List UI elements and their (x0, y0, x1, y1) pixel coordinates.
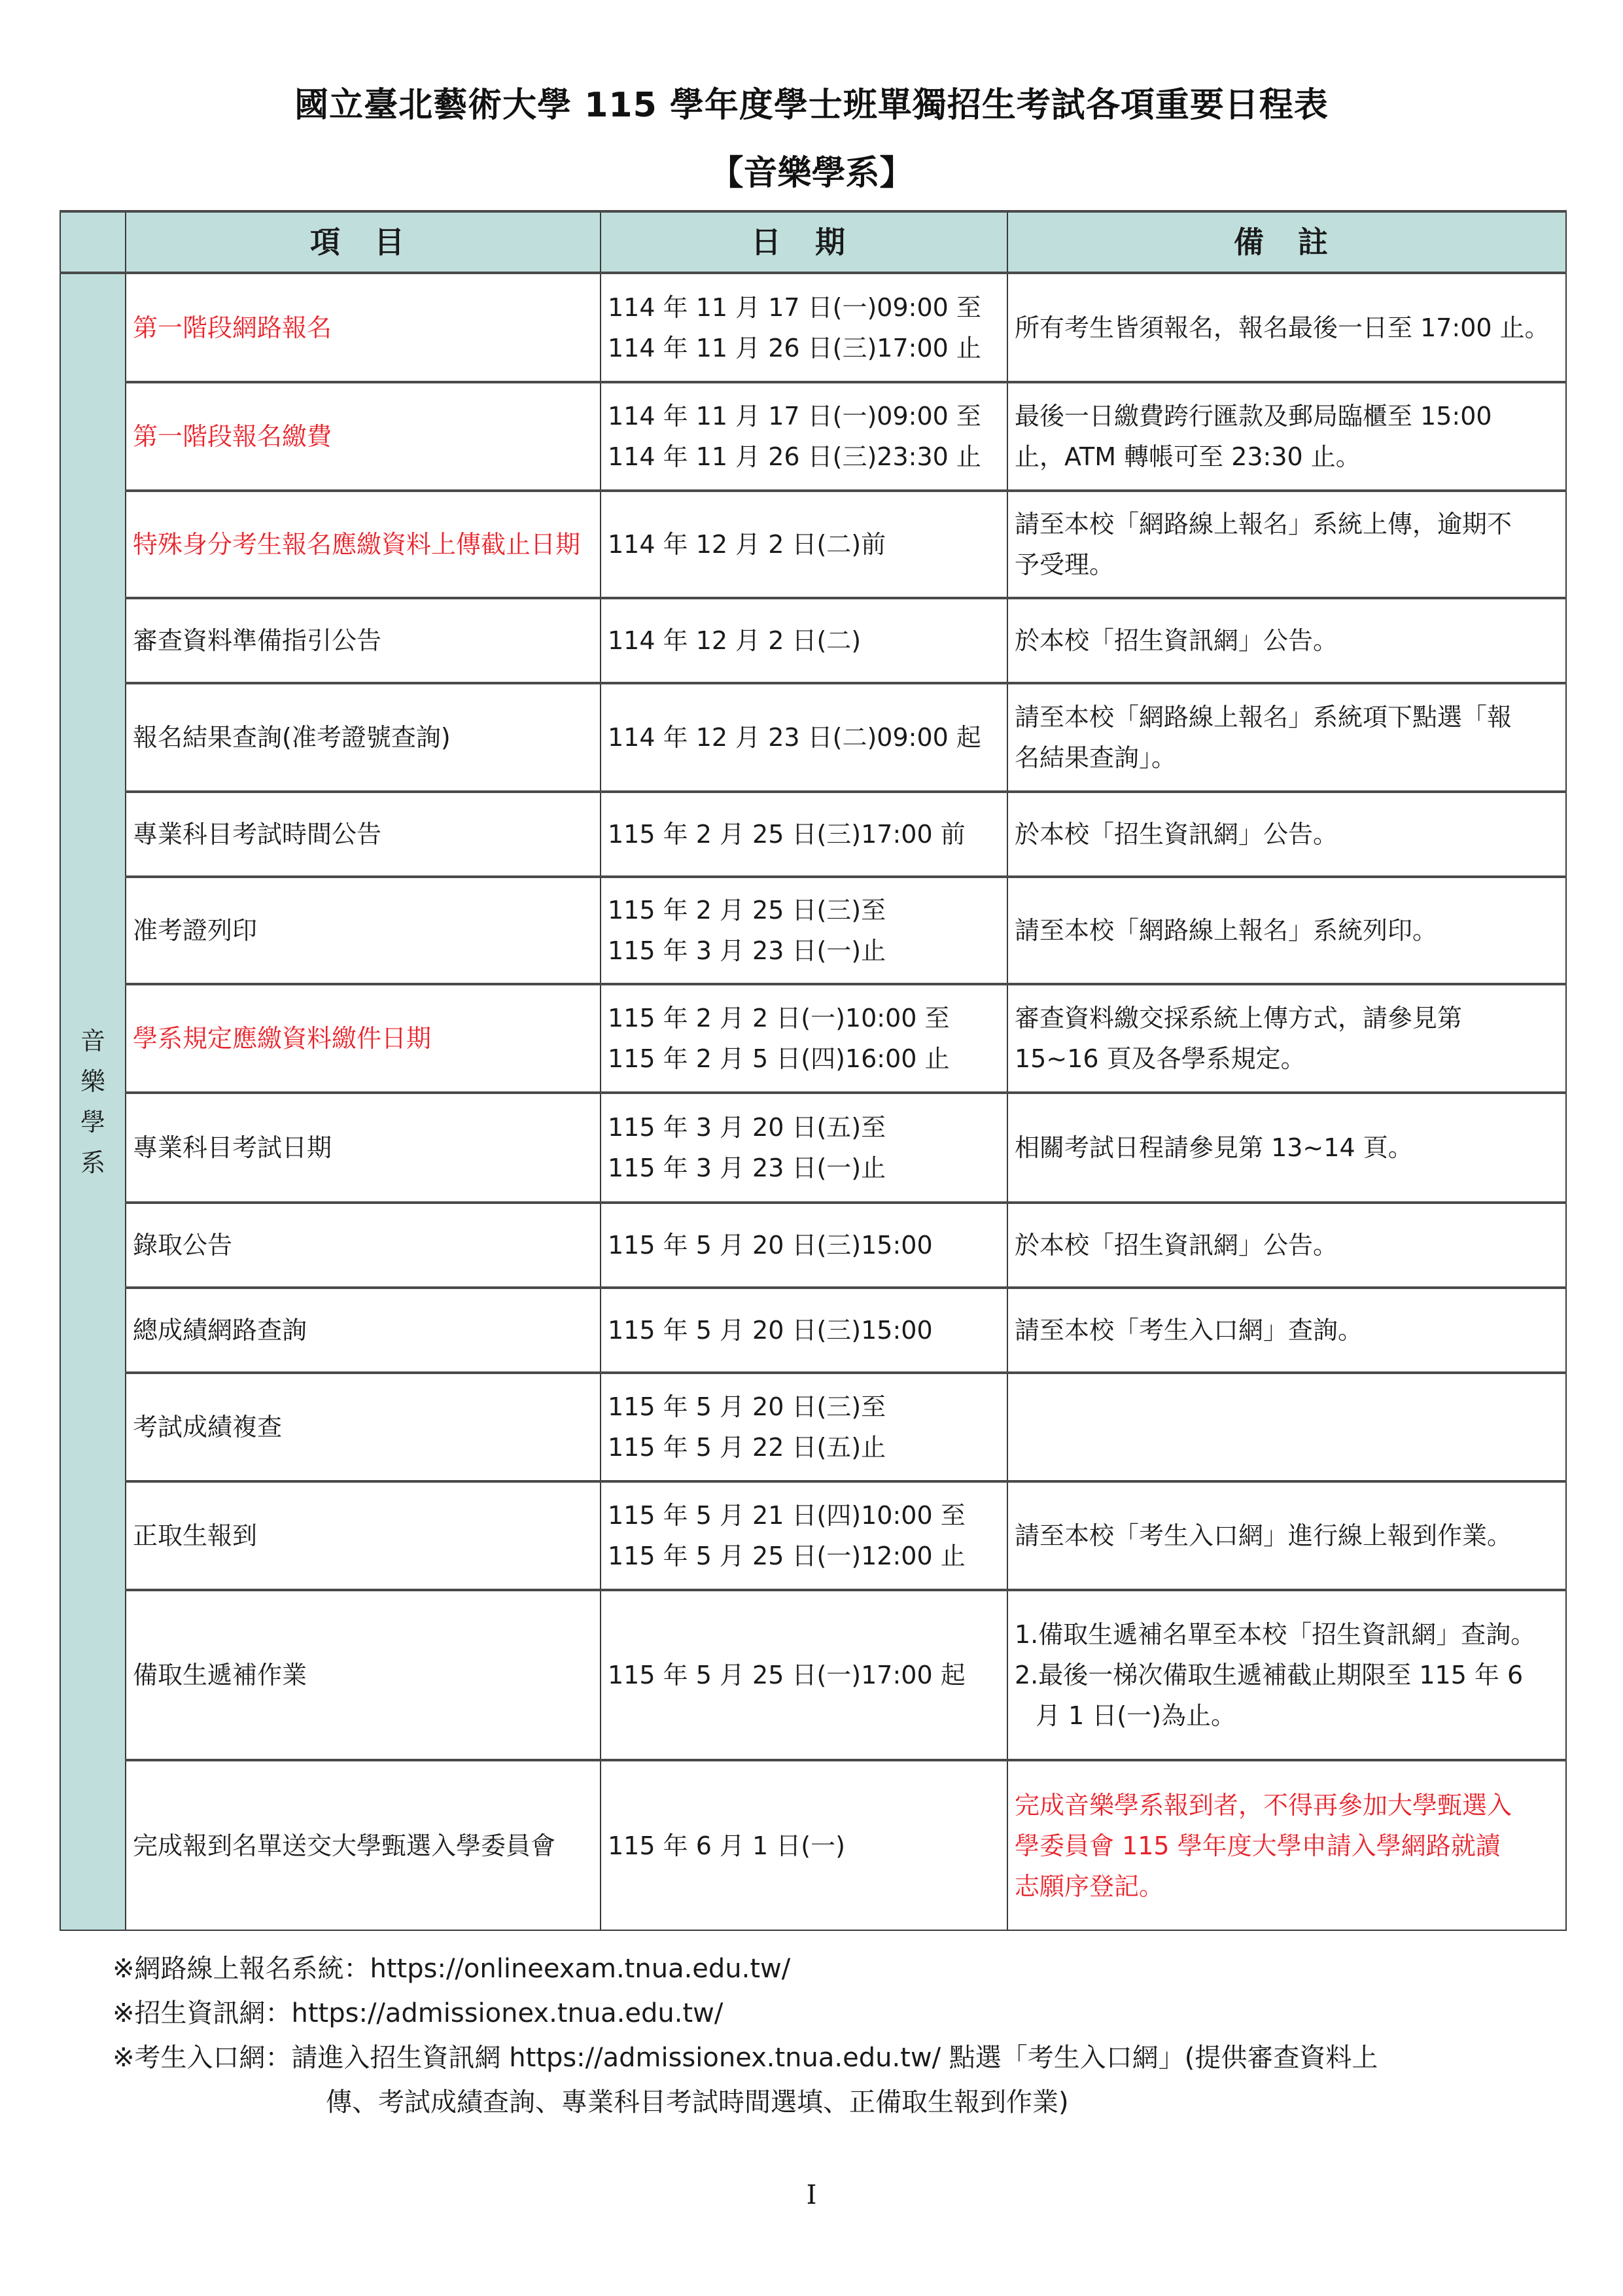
admission-site-link[interactable]: https://admissionex.tnua.edu.tw/ (292, 1998, 724, 2028)
table-row: 特殊身分考生報名應繳資料上傳截止日期114 年 12 月 2 日(二)前請至本校… (60, 491, 1566, 598)
note-cell: 請至本校「網路線上報名」系統列印。 (1007, 877, 1566, 984)
department-label-char: 學 (67, 1102, 118, 1142)
note-cell: 1.備取生遞補名單至本校「招生資訊網」查詢。2.最後一梯次備取生遞補截止期限至 … (1007, 1590, 1566, 1760)
date-cell: 115 年 5 月 25 日(一)17:00 起 (601, 1590, 1007, 1760)
date-line: 115 年 5 月 22 日(五)止 (608, 1427, 1000, 1468)
item-cell: 特殊身分考生報名應繳資料上傳截止日期 (126, 491, 601, 598)
date-line: 114 年 11 月 26 日(三)23:30 止 (608, 436, 1000, 477)
date-line: 115 年 3 月 23 日(一)止 (608, 1148, 1000, 1188)
note-cell: 請至本校「網路線上報名」系統項下點選「報名結果查詢」。 (1007, 683, 1566, 792)
table-row: 審查資料準備指引公告114 年 12 月 2 日(二)於本校「招生資訊網」公告。 (60, 598, 1566, 683)
date-line: 115 年 5 月 25 日(一)12:00 止 (608, 1536, 1000, 1576)
note-cell: 請至本校「考生入口網」查詢。 (1007, 1288, 1566, 1373)
note-line: 予受理。 (1015, 544, 1559, 585)
date-line: 115 年 2 月 25 日(三)至 (608, 890, 1000, 930)
item-cell: 審查資料準備指引公告 (126, 598, 601, 683)
note-line: 1.備取生遞補名單至本校「招生資訊網」查詢。 (1015, 1614, 1559, 1655)
table-row: 正取生報到115 年 5 月 21 日(四)10:00 至115 年 5 月 2… (60, 1481, 1566, 1590)
date-cell: 115 年 2 月 25 日(三)17:00 前 (601, 792, 1007, 877)
date-cell: 115 年 6 月 1 日(一) (601, 1760, 1007, 1930)
date-line: 115 年 5 月 20 日(三)至 (608, 1386, 1000, 1427)
column-header-date: 日 期 (601, 211, 1007, 273)
date-line: 115 年 5 月 25 日(一)17:00 起 (608, 1655, 1000, 1695)
date-cell: 114 年 12 月 23 日(二)09:00 起 (601, 683, 1007, 792)
online-exam-link[interactable]: https://onlineexam.tnua.edu.tw/ (370, 1954, 791, 1984)
date-cell: 114 年 11 月 17 日(一)09:00 至114 年 11 月 26 日… (601, 382, 1007, 491)
note-cell: 所有考生皆須報名，報名最後一日至 17:00 止。 (1007, 273, 1566, 382)
date-line: 115 年 5 月 20 日(三)15:00 (608, 1225, 1000, 1265)
note-cell: 於本校「招生資訊網」公告。 (1007, 792, 1566, 877)
table-row: 專業科目考試日期115 年 3 月 20 日(五)至115 年 3 月 23 日… (60, 1093, 1566, 1203)
table-row: 完成報到名單送交大學甄選入學委員會115 年 6 月 1 日(一)完成音樂學系報… (60, 1760, 1566, 1930)
note-line: 學委員會 115 學年度大學申請入學網路就讀 (1015, 1826, 1559, 1866)
table-header-row: 項 目 日 期 備 註 (60, 211, 1566, 273)
item-cell: 總成績網路查詢 (126, 1288, 601, 1373)
note-cell: 請至本校「考生入口網」進行線上報到作業。 (1007, 1481, 1566, 1590)
note-line: 月 1 日(一)為止。 (1015, 1695, 1559, 1736)
item-cell: 第一階段報名繳費 (126, 382, 601, 491)
date-cell: 115 年 2 月 2 日(一)10:00 至115 年 2 月 5 日(四)1… (601, 984, 1007, 1093)
footer-note-portal-continuation: 傳、考試成績查詢、專業科目考試時間選填、正備取生報到作業) (113, 2080, 1378, 2125)
footer-note-label: ※網路線上報名系統： (113, 1954, 370, 1984)
note-cell: 完成音樂學系報到者，不得再參加大學甄選入學委員會 115 學年度大學申請入學網路… (1007, 1760, 1566, 1930)
note-line: 所有考生皆須報名，報名最後一日至 17:00 止。 (1015, 308, 1559, 348)
date-line: 115 年 2 月 2 日(一)10:00 至 (608, 998, 1000, 1038)
date-cell: 115 年 5 月 20 日(三)15:00 (601, 1203, 1007, 1288)
footer-note-admission-site: ※招生資訊網：https://admissionex.tnua.edu.tw/ (113, 1991, 1378, 2036)
date-line: 115 年 3 月 23 日(一)止 (608, 930, 1000, 971)
item-cell: 專業科目考試日期 (126, 1093, 601, 1203)
note-cell: 請至本校「網路線上報名」系統上傳，逾期不予受理。 (1007, 491, 1566, 598)
note-line: 於本校「招生資訊網」公告。 (1015, 814, 1559, 855)
date-cell: 115 年 5 月 21 日(四)10:00 至115 年 5 月 25 日(一… (601, 1481, 1007, 1590)
footer-note-portal: ※考生入口網：請進入招生資訊網 https://admissionex.tnua… (113, 2036, 1378, 2080)
note-line: 2.最後一梯次備取生遞補截止期限至 115 年 6 (1015, 1655, 1559, 1695)
note-cell: 於本校「招生資訊網」公告。 (1007, 1203, 1566, 1288)
note-line: 最後一日繳費跨行匯款及郵局臨櫃至 15:00 (1015, 396, 1559, 436)
column-header-note: 備 註 (1007, 211, 1566, 273)
date-line: 114 年 12 月 2 日(二) (608, 620, 1000, 661)
date-cell: 114 年 12 月 2 日(二)前 (601, 491, 1007, 598)
table-row: 錄取公告115 年 5 月 20 日(三)15:00於本校「招生資訊網」公告。 (60, 1203, 1566, 1288)
note-line: 請至本校「網路線上報名」系統上傳，逾期不 (1015, 504, 1559, 544)
note-line: 志願序登記。 (1015, 1866, 1559, 1907)
item-cell: 完成報到名單送交大學甄選入學委員會 (126, 1760, 601, 1930)
date-cell: 115 年 2 月 25 日(三)至115 年 3 月 23 日(一)止 (601, 877, 1007, 984)
date-line: 115 年 2 月 25 日(三)17:00 前 (608, 814, 1000, 855)
note-line: 審查資料繳交採系統上傳方式，請參見第 (1015, 998, 1559, 1038)
note-cell (1007, 1373, 1566, 1481)
schedule-table: 項 目 日 期 備 註 音樂學系第一階段網路報名114 年 11 月 17 日(… (60, 210, 1567, 1931)
table-row: 總成績網路查詢115 年 5 月 20 日(三)15:00請至本校「考生入口網」… (60, 1288, 1566, 1373)
note-line: 止，ATM 轉帳可至 23:30 止。 (1015, 436, 1559, 477)
note-line: 名結果查詢」。 (1015, 737, 1559, 778)
date-line: 114 年 12 月 2 日(二)前 (608, 524, 1000, 565)
department-label-char: 系 (67, 1142, 118, 1183)
table-row: 報名結果查詢(准考證號查詢)114 年 12 月 23 日(二)09:00 起請… (60, 683, 1566, 792)
portal-instructions: 請進入招生資訊網 https://admissionex.tnua.edu.tw… (292, 2043, 1378, 2073)
table-row: 音樂學系第一階段網路報名114 年 11 月 17 日(一)09:00 至114… (60, 273, 1566, 382)
note-line: 請至本校「網路線上報名」系統列印。 (1015, 910, 1559, 951)
note-line: 請至本校「考生入口網」查詢。 (1015, 1310, 1559, 1351)
table-row: 考試成績複查115 年 5 月 20 日(三)至115 年 5 月 22 日(五… (60, 1373, 1566, 1481)
date-line: 114 年 12 月 23 日(二)09:00 起 (608, 717, 1000, 758)
department-label-cell: 音樂學系 (60, 273, 126, 1930)
date-cell: 115 年 3 月 20 日(五)至115 年 3 月 23 日(一)止 (601, 1093, 1007, 1203)
department-label-char: 樂 (67, 1061, 118, 1102)
date-cell: 115 年 5 月 20 日(三)15:00 (601, 1288, 1007, 1373)
footer-note-label: ※招生資訊網： (113, 1998, 292, 2028)
page-number: I (0, 2180, 1623, 2210)
schedule-body: 音樂學系第一階段網路報名114 年 11 月 17 日(一)09:00 至114… (60, 273, 1566, 1930)
column-header-item: 項 目 (126, 211, 601, 273)
date-line: 115 年 2 月 5 日(四)16:00 止 (608, 1038, 1000, 1079)
footer-notes: ※網路線上報名系統：https://onlineexam.tnua.edu.tw… (113, 1947, 1378, 2125)
item-cell: 學系規定應繳資料繳件日期 (126, 984, 601, 1093)
date-cell: 114 年 11 月 17 日(一)09:00 至114 年 11 月 26 日… (601, 273, 1007, 382)
note-cell: 審查資料繳交採系統上傳方式，請參見第15~16 頁及各學系規定。 (1007, 984, 1566, 1093)
note-line: 請至本校「考生入口網」進行線上報到作業。 (1015, 1515, 1559, 1556)
item-cell: 准考證列印 (126, 877, 601, 984)
page-title: 國立臺北藝術大學 115 學年度學士班單獨招生考試各項重要日程表 (0, 77, 1623, 126)
date-line: 115 年 3 月 20 日(五)至 (608, 1107, 1000, 1148)
table-row: 准考證列印115 年 2 月 25 日(三)至115 年 3 月 23 日(一)… (60, 877, 1566, 984)
note-cell: 最後一日繳費跨行匯款及郵局臨櫃至 15:00止，ATM 轉帳可至 23:30 止… (1007, 382, 1566, 491)
note-cell: 相關考試日程請參見第 13~14 頁。 (1007, 1093, 1566, 1203)
date-line: 115 年 5 月 20 日(三)15:00 (608, 1310, 1000, 1351)
department-subtitle: 【音樂學系】 (0, 145, 1623, 194)
item-cell: 報名結果查詢(准考證號查詢) (126, 683, 601, 792)
date-cell: 114 年 12 月 2 日(二) (601, 598, 1007, 683)
date-line: 115 年 5 月 21 日(四)10:00 至 (608, 1495, 1000, 1536)
note-line: 15~16 頁及各學系規定。 (1015, 1038, 1559, 1079)
note-line: 相關考試日程請參見第 13~14 頁。 (1015, 1127, 1559, 1168)
item-cell: 考試成績複查 (126, 1373, 601, 1481)
note-line: 請至本校「網路線上報名」系統項下點選「報 (1015, 697, 1559, 737)
item-cell: 正取生報到 (126, 1481, 601, 1590)
note-line: 完成音樂學系報到者，不得再參加大學甄選入 (1015, 1785, 1559, 1826)
date-line: 115 年 6 月 1 日(一) (608, 1826, 1000, 1866)
table-row: 學系規定應繳資料繳件日期115 年 2 月 2 日(一)10:00 至115 年… (60, 984, 1566, 1093)
date-line: 114 年 11 月 26 日(三)17:00 止 (608, 328, 1000, 368)
date-line: 114 年 11 月 17 日(一)09:00 至 (608, 396, 1000, 436)
item-cell: 錄取公告 (126, 1203, 601, 1288)
note-cell: 於本校「招生資訊網」公告。 (1007, 598, 1566, 683)
note-line: 於本校「招生資訊網」公告。 (1015, 1225, 1559, 1265)
department-label-char: 音 (67, 1021, 118, 1061)
table-row: 第一階段報名繳費114 年 11 月 17 日(一)09:00 至114 年 1… (60, 382, 1566, 491)
table-row: 專業科目考試時間公告115 年 2 月 25 日(三)17:00 前於本校「招生… (60, 792, 1566, 877)
table-row: 備取生遞補作業115 年 5 月 25 日(一)17:00 起1.備取生遞補名單… (60, 1590, 1566, 1760)
footer-note-online-exam: ※網路線上報名系統：https://onlineexam.tnua.edu.tw… (113, 1947, 1378, 1991)
item-cell: 第一階段網路報名 (126, 273, 601, 382)
date-line: 114 年 11 月 17 日(一)09:00 至 (608, 287, 1000, 328)
date-cell: 115 年 5 月 20 日(三)至115 年 5 月 22 日(五)止 (601, 1373, 1007, 1481)
note-line: 於本校「招生資訊網」公告。 (1015, 620, 1559, 661)
item-cell: 備取生遞補作業 (126, 1590, 601, 1760)
item-cell: 專業科目考試時間公告 (126, 792, 601, 877)
footer-note-label: ※考生入口網： (113, 2043, 292, 2073)
department-header-cell (60, 211, 126, 273)
